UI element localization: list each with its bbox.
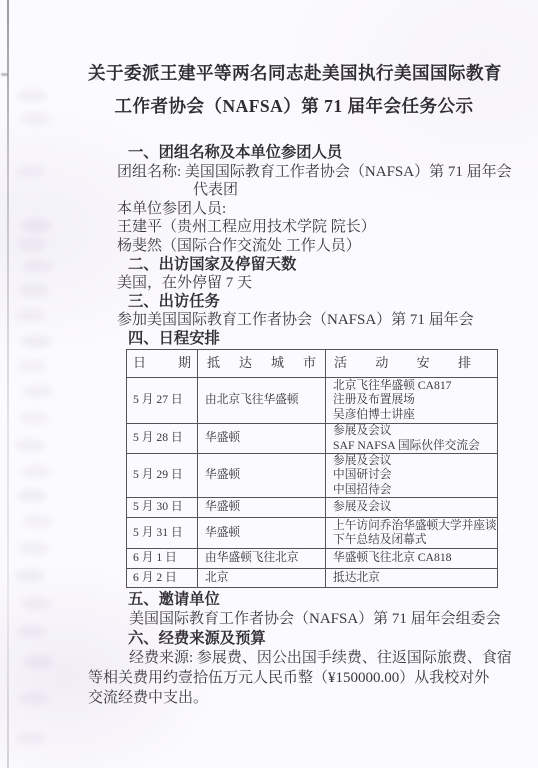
section-3-heading: 三、出访任务 [128,293,500,312]
scanned-document-page: 关于委派王建平等两名同志赴美国执行美国国际教育 工作者协会（NAFSA）第 71… [0,0,538,768]
cell-activities: 北京飞往华盛顿 CA817 注册及布置展场 吴彦伯博士讲座 [326,378,498,424]
member-1: 王建平（贵州工程应用技术学院 院长） [117,218,500,237]
group-name-continuation: 代表团 [193,181,500,200]
cell-activities: 华盛顿飞往北京 CA818 [326,548,498,568]
cell-date: 5 月 30 日 [127,497,198,517]
document-body-lower: 五、邀请单位 美国国际教育工作者协会（NAFSA）第 71 届年会组委会 六、经… [88,590,500,708]
funding-line-2: 等相关费用约壹拾伍万元人民币整（¥150000.00）从我校对外 [88,669,500,689]
section-2-heading: 二、出访国家及停留天数 [128,256,500,275]
table-row: 6 月 2 日 北京 抵达北京 [127,568,498,587]
cell-city: 北京 [198,568,326,587]
scan-specks [0,0,7,3]
section-1-heading: 一、团组名称及本单位参团人员 [128,144,500,163]
table-header-date: 日期 [127,350,198,378]
scan-edge-line [7,0,9,768]
cell-activities: 抵达北京 [326,568,498,587]
inviting-org-line: 美国国际教育工作者协会（NAFSA）第 71 届年会组委会 [129,610,500,630]
table-row: 5 月 30 日 华盛顿 参展及会议 [127,497,498,517]
cell-city: 华盛顿 [198,454,326,498]
cell-date: 5 月 28 日 [127,424,198,454]
table-row: 5 月 28 日 华盛顿 参展及会议 SAF NAFSA 国际伙伴交流会 [127,424,498,454]
section-6-heading: 六、经费来源及预算 [128,629,500,649]
title-line-2: 工作者协会（NAFSA）第 71 届年会任务公示 [88,90,500,123]
table-header-city: 抵达城市 [198,350,326,378]
cell-activities: 参展及会议 SAF NAFSA 国际伙伴交流会 [326,424,498,454]
section-4-heading: 四、日程安排 [128,330,500,349]
cell-activities: 参展及会议 [326,497,498,517]
table-header-row: 日期 抵达城市 活动安排 [127,350,498,378]
cell-city: 由北京飞往华盛顿 [198,378,326,424]
table-row: 6 月 1 日 由华盛顿飞往北京 华盛顿飞往北京 CA818 [127,548,498,568]
table-row: 5 月 29 日 华盛顿 参展及会议 中国研讨会 中国招待会 [127,454,498,498]
itinerary-table: 日期 抵达城市 活动安排 5 月 27 日 由北京飞往华盛顿 北京飞往华盛顿 C… [126,349,498,588]
mission-line: 参加美国国际教育工作者协会（NAFSA）第 71 届年会 [117,311,500,330]
members-label: 本单位参团人员: [117,200,500,219]
funding-line-1: 经费来源: 参展费、因公出国手续费、往返国际旅费、食宿 [129,649,500,669]
cell-city: 华盛顿 [198,517,326,548]
cell-city: 由华盛顿飞往北京 [198,548,326,568]
cell-city: 华盛顿 [198,497,326,517]
destination-line: 美国，在外停留 7 天 [117,274,500,293]
document-title: 关于委派王建平等两名同志赴美国执行美国国际教育 工作者协会（NAFSA）第 71… [88,57,500,123]
cell-city: 华盛顿 [198,424,326,454]
document-body-upper: 一、团组名称及本单位参团人员 团组名称: 美国国际教育工作者协会（NAFSA）第… [88,144,500,349]
cell-activities: 上午访问乔治华盛顿大学并座谈 下午总结及闭幕式 [326,517,498,548]
group-name-line: 团组名称: 美国国际教育工作者协会（NAFSA）第 71 届年会 [117,163,500,182]
funding-line-3: 交流经费中支出。 [88,689,500,709]
title-line-1: 关于委派王建平等两名同志赴美国执行美国国际教育 [88,57,500,90]
section-5-heading: 五、邀请单位 [128,590,500,610]
cell-date: 5 月 31 日 [127,517,198,548]
cell-date: 6 月 2 日 [127,568,198,587]
member-2: 杨斐然（国际合作交流处 工作人员） [117,237,500,256]
cell-date: 5 月 29 日 [127,454,198,498]
table-header-activities: 活动安排 [326,350,498,378]
cell-date: 5 月 27 日 [127,378,198,424]
table-row: 5 月 31 日 华盛顿 上午访问乔治华盛顿大学并座谈 下午总结及闭幕式 [127,517,498,548]
cell-activities: 参展及会议 中国研讨会 中国招待会 [326,454,498,498]
table-row: 5 月 27 日 由北京飞往华盛顿 北京飞往华盛顿 CA817 注册及布置展场 … [127,378,498,424]
cell-date: 6 月 1 日 [127,548,198,568]
